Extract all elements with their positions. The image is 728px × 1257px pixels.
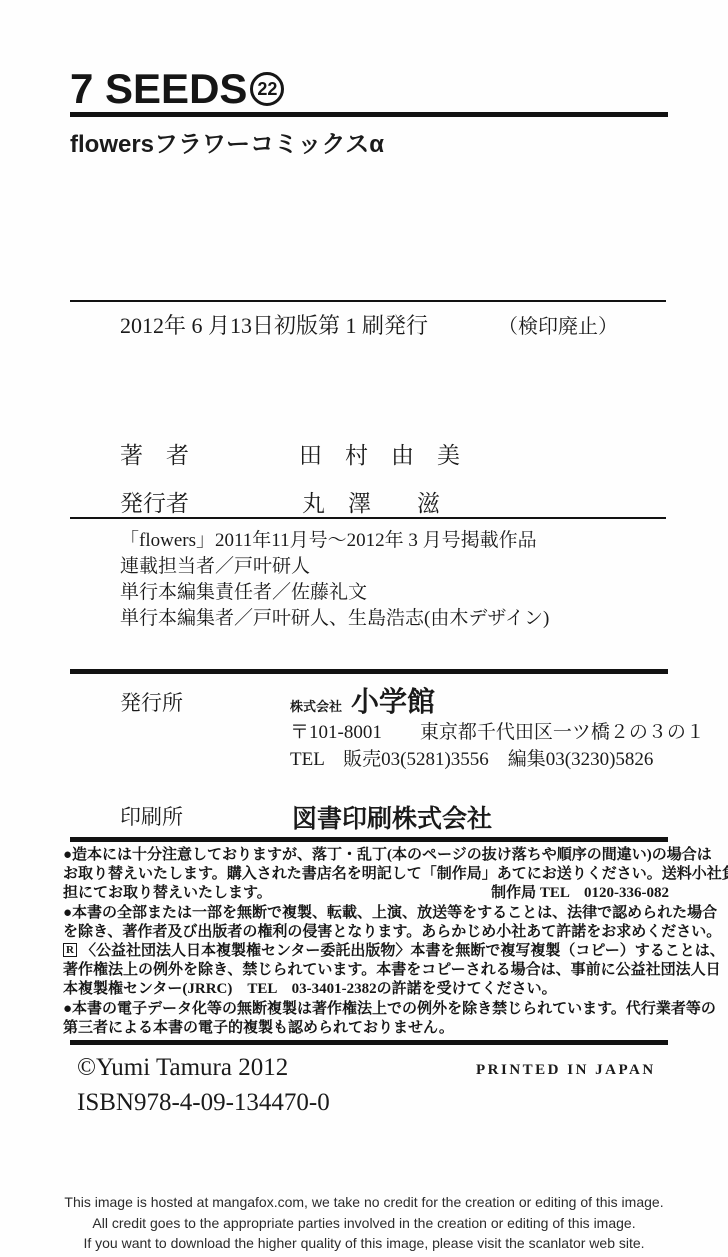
publisher-phone: TEL 販売03(5281)3556 編集03(3230)5826 xyxy=(290,744,653,771)
notice-line-text: 〈公益社団法人日本複製権センター委託出版物〉本書を無断で複写複製（コピー）するこ… xyxy=(81,943,725,959)
author-label: 著 者 xyxy=(120,437,189,470)
host-notice-line: All credit goes to the appropriate parti… xyxy=(0,1213,728,1234)
printer-label: 印刷所 xyxy=(120,801,183,831)
notice-line: ●本書の電子データ化等の無断複製は著作権法上での例外を除き禁じられています。代行… xyxy=(63,1000,669,1019)
notice-line-left: 担にてお取り替えいたします。 xyxy=(63,884,272,903)
registered-mark-box-icon: R xyxy=(63,943,77,957)
serialization-line: 連載担当者／戸叶研人 xyxy=(120,554,549,580)
notice-line: 本複製権センター(JRRC) TEL 03-3401-2382の許諾を受けてくだ… xyxy=(63,980,669,999)
notice-line-right: 制作局 TEL 0120-336-082 xyxy=(491,884,669,903)
author-name: 田 村 由 美 xyxy=(299,437,460,470)
notice-line: を除き、著作者及び出版者の権利の侵害となります。あらかじめ小社あて許諾をお求めく… xyxy=(63,923,669,942)
colophon-page: 7 SEEDS 22 flowersフラワーコミックスα 2012年 6 月13… xyxy=(0,0,728,1257)
printer-name: 図書印刷株式会社 xyxy=(292,799,492,835)
title-divider-rule xyxy=(70,112,668,117)
host-notice-line: If you want to download the higher quali… xyxy=(0,1233,728,1254)
notice-line: 担にてお取り替えいたします。 制作局 TEL 0120-336-082 xyxy=(63,884,669,903)
edition-date-row: 2012年 6 月13日初版第 1 刷発行 （検印廃止） xyxy=(120,309,618,340)
inspection-note: （検印廃止） xyxy=(498,310,618,339)
notice-line: お取り替えいたします。購入された書店名を明記して「制作局」あてにお送りください。… xyxy=(63,865,669,884)
publisher-person-name: 丸 澤 滋 xyxy=(302,485,440,518)
copyright-line: ©Yumi Tamura 2012 xyxy=(77,1054,288,1082)
notice-top-rule xyxy=(70,837,668,842)
serialization-line: 「flowers」2011年11月号～2012年 3 月号掲載作品 xyxy=(120,528,549,554)
publisher-company-line: 株式会社 小学館 xyxy=(290,680,435,720)
serialization-top-rule xyxy=(70,517,666,519)
notice-line: ●本書の全部または一部を無断で複製、転載、上演、放送等をすることは、法律で認めら… xyxy=(63,904,669,923)
edition-date: 2012年 6 月13日初版第 1 刷発行 xyxy=(120,309,428,340)
notice-bottom-rule xyxy=(70,1040,668,1045)
notice-line: ●造本には十分注意しておりますが、落丁・乱丁(本のページの抜け落ちや順序の間違い… xyxy=(63,846,669,865)
publisher-address: 〒101-8001 東京都千代田区一ツ橋２の３の１ xyxy=(290,717,705,744)
publisher-person-label: 発行者 xyxy=(120,485,189,518)
notice-line: 第三者による本書の電子的複製も認められておりません。 xyxy=(63,1019,669,1038)
book-title-row: 7 SEEDS 22 xyxy=(70,68,284,110)
serialization-line: 単行本編集責任者／佐藤礼文 xyxy=(120,580,549,606)
host-notice-line: This image is hosted at mangafox.com, we… xyxy=(0,1192,728,1213)
company-prefix: 株式会社 xyxy=(290,696,342,715)
host-notice-block: This image is hosted at mangafox.com, we… xyxy=(0,1192,728,1254)
publisher-label: 発行所 xyxy=(120,687,183,717)
book-title: 7 SEEDS xyxy=(70,68,247,110)
notice-line: R〈公益社団法人日本複製権センター委託出版物〉本書を無断で複写複製（コピー）する… xyxy=(63,942,669,961)
volume-number-badge: 22 xyxy=(250,72,284,106)
legal-notice-block: ●造本には十分注意しておりますが、落丁・乱丁(本のページの抜け落ちや順序の間違い… xyxy=(63,846,669,1038)
printed-in-japan-label: PRINTED IN JAPAN xyxy=(476,1062,656,1079)
edition-top-rule xyxy=(70,300,666,302)
publisher-top-rule xyxy=(70,669,668,674)
serialization-line: 単行本編集者／戸叶研人、生島浩志(由木デザイン) xyxy=(120,606,549,632)
isbn-line: ISBN978-4-09-134470-0 xyxy=(77,1089,330,1117)
notice-line: 著作権法上の例外を除き、禁じられています。本書をコピーされる場合は、事前に公益社… xyxy=(63,961,669,980)
company-name: 小学館 xyxy=(351,680,435,720)
imprint-line: flowersフラワーコミックスα xyxy=(70,124,384,159)
serialization-block: 「flowers」2011年11月号～2012年 3 月号掲載作品 連載担当者／… xyxy=(120,528,549,632)
